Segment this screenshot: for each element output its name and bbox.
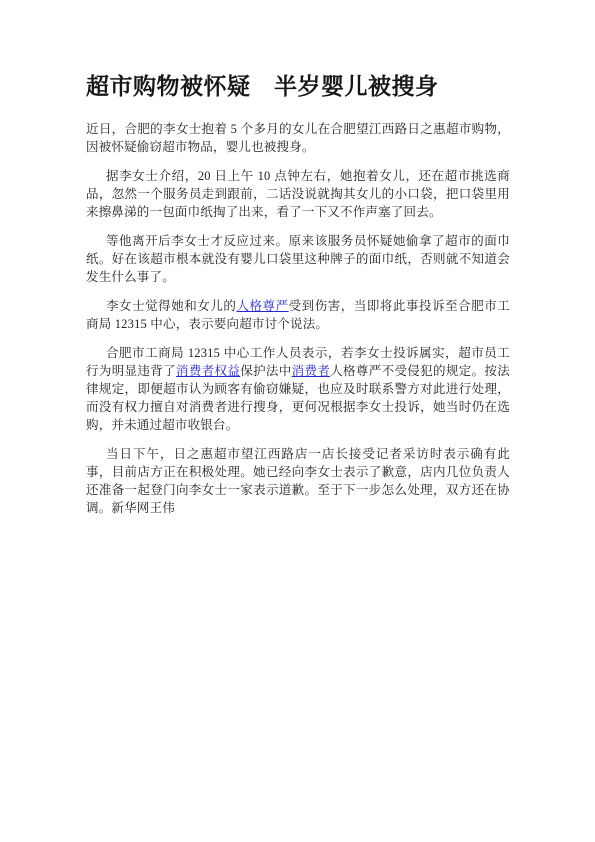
paragraph-text: 等他离开后李女士才反应过来。原来该服务员怀疑她偷拿了超市的面巾纸。好在该超市根本… bbox=[86, 234, 510, 284]
article-body: 近日，合肥的李女士抱着 5 个多月的女儿在合肥望江西路日之惠超市购物，因被怀疑偷… bbox=[86, 120, 510, 517]
article-paragraph: 据李女士介绍，20 日上午 10 点钟左右，她抱着女儿，还在超市挑选商品，忽然一… bbox=[86, 167, 510, 221]
article-paragraph: 李女士觉得她和女儿的人格尊严受到伤害，当即将此事投诉至合肥市工商局 12315 … bbox=[86, 297, 510, 333]
article-paragraph: 近日，合肥的李女士抱着 5 个多月的女儿在合肥望江西路日之惠超市购物，因被怀疑偷… bbox=[86, 120, 510, 156]
article-content: 超市购物被怀疑 半岁婴儿被搜身 近日，合肥的李女士抱着 5 个多月的女儿在合肥望… bbox=[86, 72, 510, 528]
paragraph-text: 据李女士介绍，20 日上午 10 点钟左右，她抱着女儿，还在超市挑选商品，忽然一… bbox=[86, 169, 510, 219]
article-paragraph: 合肥市工商局 12315 中心工作人员表示，若李女士投诉属实，超市员工行为明显违… bbox=[86, 344, 510, 434]
article-paragraph: 当日下午，日之惠超市望江西路店一店长接受记者采访时表示确有此事，目前店方正在积极… bbox=[86, 445, 510, 517]
paragraph-text: 保护法中 bbox=[240, 364, 291, 378]
paragraph-text: 当日下午，日之惠超市望江西路店一店长接受记者采访时表示确有此事，目前店方正在积极… bbox=[86, 447, 510, 515]
document-page: 超市购物被怀疑 半岁婴儿被搜身 近日，合肥的李女士抱着 5 个多月的女儿在合肥望… bbox=[0, 0, 595, 842]
inline-link[interactable]: 消费者 bbox=[292, 364, 331, 378]
article-paragraph: 等他离开后李女士才反应过来。原来该服务员怀疑她偷拿了超市的面巾纸。好在该超市根本… bbox=[86, 232, 510, 286]
inline-link[interactable]: 消费者权益 bbox=[176, 364, 240, 378]
inline-link[interactable]: 人格尊严 bbox=[236, 299, 288, 313]
paragraph-text: 李女士觉得她和女儿的 bbox=[106, 299, 236, 313]
paragraph-text: 近日，合肥的李女士抱着 5 个多月的女儿在合肥望江西路日之惠超市购物，因被怀疑偷… bbox=[86, 122, 510, 154]
article-title: 超市购物被怀疑 半岁婴儿被搜身 bbox=[86, 72, 510, 101]
